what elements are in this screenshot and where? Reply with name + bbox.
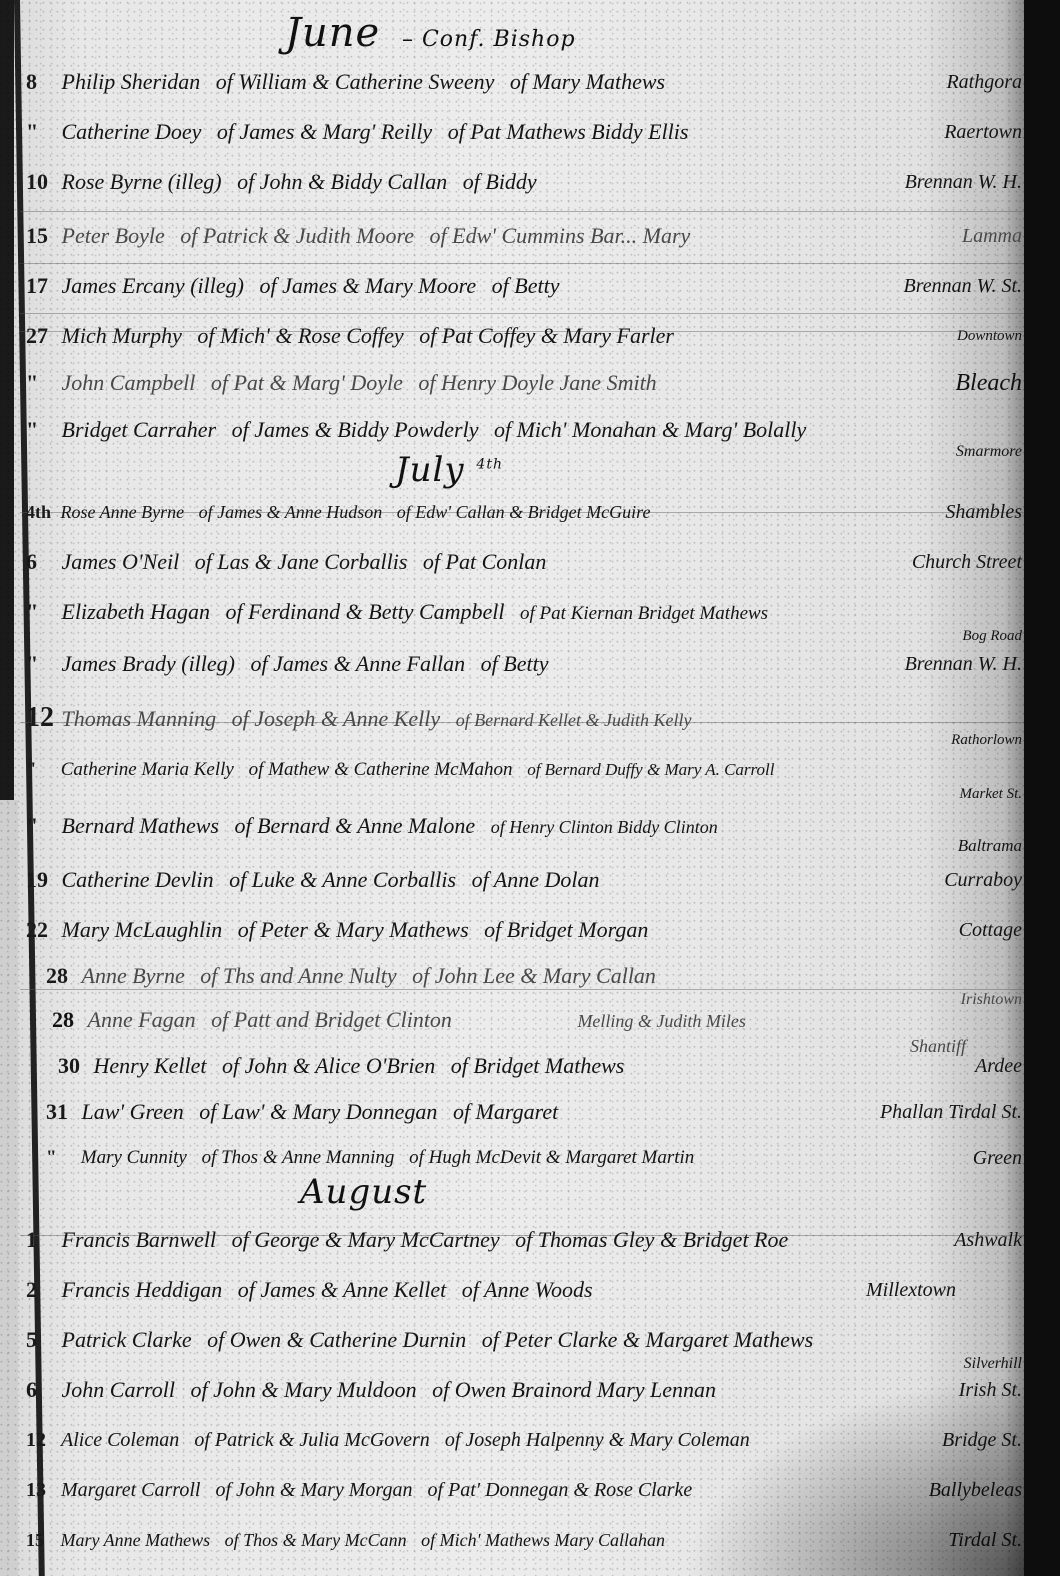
register-entry: 27 Mich Murphy of Mich' & Rose Coffey of… [26, 318, 1024, 354]
entry-place: Ardee [975, 1048, 1022, 1084]
entry-parents: of Peter & Mary Mathews [238, 917, 469, 942]
entry-sponsors: of Henry Clinton Biddy Clinton [491, 817, 718, 837]
entry-sponsors: of Pat Coffey & Mary Farler [419, 323, 674, 348]
entry-parents: of John & Alice O'Brien [222, 1053, 435, 1078]
entry-place: Smarmore [956, 434, 1022, 470]
entry-day: 31 [46, 1094, 72, 1130]
entry-sponsors: of Thomas Gley & Bridget Roe [515, 1227, 788, 1252]
entry-child: Margaret Carroll [61, 1479, 200, 1501]
entry-sponsors: of Mich' Mathews Mary Callahan [421, 1530, 665, 1550]
entry-day: " [46, 1140, 72, 1176]
entry-place: Bridge St. [942, 1422, 1022, 1458]
entry-day: 10 [26, 164, 52, 200]
register-entry: 4th Rose Anne Byrne of James & Anne Huds… [26, 494, 1024, 530]
entry-place: Millextown [866, 1272, 956, 1308]
entry-sponsors: of Bernard Duffy & Mary A. Carroll [527, 760, 774, 779]
entry-place: Ballybeleas [929, 1472, 1022, 1508]
entry-place: Brennan W. H. [905, 646, 1022, 682]
entry-child: Mich Murphy [62, 323, 182, 348]
entry-place: Ashwalk [954, 1222, 1022, 1258]
entry-sponsors: Melling & Judith Miles [577, 1011, 745, 1031]
entry-sponsors: of Betty [492, 273, 560, 298]
entry-parents: of Joseph & Anne Kelly [232, 706, 441, 731]
entry-parents: of Owen & Catherine Durnin [207, 1327, 466, 1352]
entry-child: Francis Heddigan [62, 1277, 223, 1302]
register-entry: " Bernard Mathews of Bernard & Anne Malo… [26, 808, 1024, 844]
entry-parents: of John & Mary Muldoon [190, 1377, 416, 1402]
entry-sponsors: of Henry Doyle Jane Smith [418, 370, 656, 395]
register-entry: 17 James Ercany (illeg) of James & Mary … [26, 268, 1024, 304]
entry-parents: of Patt and Bridget Clinton [211, 1007, 452, 1032]
ruled-line [20, 211, 1024, 212]
entry-day: 6 [26, 544, 52, 580]
entry-child: James Brady (illeg) [62, 651, 236, 676]
entry-place: Raertown [944, 114, 1022, 150]
entry-sponsors: of Edw' Callan & Bridget McGuire [397, 502, 651, 522]
register-entry: 5 Patrick Clarke of Owen & Catherine Dur… [26, 1322, 1024, 1358]
entry-child: Anne Fagan [88, 1007, 196, 1032]
entry-child: Rose Byrne (illeg) [62, 169, 222, 194]
register-entry: 30 Henry Kellet of John & Alice O'Brien … [26, 1048, 1024, 1084]
entry-place: Bleach [955, 365, 1022, 401]
register-entry: " Bridget Carraher of James & Biddy Powd… [26, 412, 1024, 448]
register-entry: " Catherine Doey of James & Marg' Reilly… [26, 114, 1024, 150]
entry-sponsors: of John Lee & Mary Callan [412, 963, 656, 988]
entry-child: James O'Neil [62, 549, 180, 574]
entry-place: Brennan W. St. [903, 268, 1022, 304]
entry-place: Tirdal St. [948, 1522, 1022, 1558]
entry-child: Mary McLaughlin [62, 917, 223, 942]
entry-child: Patrick Clarke [62, 1327, 192, 1352]
entry-place: Shambles [945, 494, 1022, 530]
entry-place: Curraboy [944, 862, 1022, 898]
entry-child: Alice Coleman [61, 1429, 179, 1451]
entry-child: Anne Byrne [82, 963, 185, 988]
entry-place: Phallan Tirdal St. [880, 1094, 1022, 1130]
entry-sponsors: of Anne Woods [462, 1277, 593, 1302]
register-entry: 8 Philip Sheridan of William & Catherine… [26, 64, 1024, 100]
entry-parents: of James & Marg' Reilly [217, 119, 432, 144]
register-entry: 6 James O'Neil of Las & Jane Corballis o… [26, 544, 1024, 580]
entry-parents: of Thos & Mary McCann [225, 1530, 407, 1550]
entry-day: 2 [26, 1272, 52, 1308]
entry-sponsors: of Biddy [463, 169, 537, 194]
entry-sponsors: of Bernard Kellet & Judith Kelly [456, 710, 692, 730]
entry-child: James Ercany (illeg) [62, 273, 244, 298]
entry-child: Catherine Doey [62, 119, 202, 144]
register-entry: 15 Peter Boyle of Patrick & Judith Moore… [26, 218, 1024, 254]
entry-child: John Carroll [62, 1377, 175, 1402]
entry-day: 28 [52, 1002, 78, 1038]
register-entry: 19 Catherine Devlin of Luke & Anne Corba… [26, 862, 1024, 898]
entry-day: 27 [26, 318, 52, 354]
register-entry: 13 Margaret Carroll of John & Mary Morga… [26, 1472, 1024, 1508]
entry-parents: of Patrick & Julia McGovern [194, 1429, 430, 1451]
register-entry: 12 Alice Coleman of Patrick & Julia McGo… [26, 1422, 1024, 1458]
month-heading-june: June – Conf. Bishop [285, 10, 576, 56]
entry-parents: of Mathew & Catherine McMahon [249, 759, 513, 780]
entry-sponsors: of Mary Mathews [510, 69, 665, 94]
entry-parents: of James & Anne Kellet [238, 1277, 447, 1302]
entry-place: Baltrama [958, 828, 1022, 864]
entry-day: 30 [58, 1048, 84, 1084]
entry-day: 19 [26, 862, 52, 898]
entry-sponsors: of Pat Kiernan Bridget Mathews [520, 603, 768, 624]
heading-annotation: Conf. Bishop [422, 27, 576, 52]
entry-sponsors: of Owen Brainord Mary Lennan [432, 1377, 716, 1402]
entry-parents: of James & Biddy Powderly [232, 417, 479, 442]
entry-parents: of Pat & Marg' Doyle [211, 370, 403, 395]
entry-day: " [26, 412, 52, 448]
entry-parents: of William & Catherine Sweeny [216, 69, 495, 94]
register-entry: 28 Anne Byrne of Ths and Anne Nulty of J… [26, 958, 1024, 994]
month-label: June [285, 10, 380, 56]
entry-day: 5 [26, 1322, 52, 1358]
entry-place: Lamma [962, 218, 1022, 254]
entry-place: Church Street [912, 544, 1022, 580]
entry-day: 12 [26, 1422, 52, 1458]
entry-day: " [26, 365, 52, 401]
entry-child: Bridget Carraher [62, 417, 217, 442]
entry-sponsors: of Mich' Monahan & Marg' Bolally [494, 417, 806, 442]
entry-day: " [26, 594, 52, 630]
entry-place: Green [973, 1140, 1022, 1176]
register-entry: " John Campbell of Pat & Marg' Doyle of … [26, 365, 1024, 401]
entry-sponsors: of Pat' Donnegan & Rose Clarke [427, 1479, 692, 1501]
entry-parents: of Bernard & Anne Malone [234, 813, 475, 838]
entry-day: 28 [46, 958, 72, 994]
entry-parents: of Patrick & Judith Moore [180, 223, 414, 248]
entry-day: 22 [26, 912, 52, 948]
entry-place: Cottage [959, 912, 1022, 948]
entry-child: Bernard Mathews [62, 813, 219, 838]
entry-child: Philip Sheridan [62, 69, 201, 94]
entry-child: Elizabeth Hagan [62, 599, 211, 624]
entry-child: Catherine Maria Kelly [61, 759, 234, 780]
entry-day: 15 [26, 1522, 52, 1558]
register-entry: 10 Rose Byrne (illeg) of John & Biddy Ca… [26, 164, 1024, 200]
entry-sponsors: of Bridget Morgan [484, 917, 648, 942]
entry-parents: of Luke & Anne Corballis [229, 867, 456, 892]
month-label: August [300, 1172, 427, 1212]
entry-sponsors: of Anne Dolan [472, 867, 600, 892]
entry-day: 6 [26, 1372, 52, 1408]
entry-parents: of James & Mary Moore [259, 273, 476, 298]
entry-sponsors: of Hugh McDevit & Margaret Martin [409, 1147, 694, 1168]
entry-sponsors: of Betty [481, 651, 549, 676]
ruled-line [20, 263, 1024, 264]
entry-child: Peter Boyle [62, 223, 165, 248]
entry-child: Francis Barnwell [62, 1227, 217, 1252]
register-entry: " James Brady (illeg) of James & Anne Fa… [26, 646, 1024, 682]
entry-child: Law' Green [82, 1099, 184, 1124]
entry-sponsors: of Margaret [453, 1099, 558, 1124]
entry-day: " [26, 752, 52, 788]
entry-child: John Campbell [62, 370, 196, 395]
heading-annotation: 4th [476, 457, 503, 473]
entry-place: Irish St. [959, 1372, 1022, 1408]
entry-day: 8 [26, 64, 52, 100]
adjacent-page-fragment [0, 800, 18, 1576]
register-entry: " Mary Cunnity of Thos & Anne Manning of… [26, 1140, 1024, 1176]
entry-sponsors: of Joseph Halpenny & Mary Coleman [445, 1429, 750, 1451]
entry-place: Rathgora [946, 64, 1022, 100]
register-entry: 1 Francis Barnwell of George & Mary McCa… [26, 1222, 1024, 1258]
entry-child: Henry Kellet [94, 1053, 207, 1078]
register-entry: 6 John Carroll of John & Mary Muldoon of… [26, 1372, 1024, 1408]
register-entry: 31 Law' Green of Law' & Mary Donnegan of… [26, 1094, 1024, 1130]
entry-sponsors: of Pat Mathews Biddy Ellis [448, 119, 689, 144]
entry-place: Downtown [957, 318, 1022, 354]
entry-day: 1 [26, 1222, 52, 1258]
entry-sponsors: of Bridget Mathews [451, 1053, 625, 1078]
entry-parents: of John & Mary Morgan [215, 1479, 412, 1501]
entry-day: 12 [26, 700, 52, 736]
entry-parents: of Thos & Anne Manning [202, 1147, 395, 1168]
month-label: July [395, 450, 465, 490]
entry-parents: of George & Mary McCartney [232, 1227, 500, 1252]
entry-child: Thomas Manning [62, 706, 217, 731]
entry-parents: of James & Anne Fallan [251, 651, 466, 676]
entry-parents: of John & Biddy Callan [237, 169, 447, 194]
entry-child: Mary Anne Mathews [61, 1530, 211, 1550]
entry-child: Mary Cunnity [81, 1147, 187, 1168]
month-heading-august: August [300, 1172, 427, 1212]
entry-sponsors: of Peter Clarke & Margaret Mathews [482, 1327, 813, 1352]
register-entry: 22 Mary McLaughlin of Peter & Mary Mathe… [26, 912, 1024, 948]
entry-parents: of Mich' & Rose Coffey [197, 323, 403, 348]
register-entry: 2 Francis Heddigan of James & Anne Kelle… [26, 1272, 1024, 1308]
entry-sponsors: of Edw' Cummins Bar... Mary [430, 223, 691, 248]
month-heading-july: July 4th [395, 450, 503, 490]
register-entry: 15 Mary Anne Mathews of Thos & Mary McCa… [26, 1522, 1024, 1558]
entry-child: Catherine Devlin [62, 867, 214, 892]
entry-day: " [26, 114, 52, 150]
ruled-line [20, 313, 1024, 314]
entry-parents: of Ths and Anne Nulty [200, 963, 396, 988]
entry-parents: of Las & Jane Corballis [195, 549, 408, 574]
register-entry: 12 Thomas Manning of Joseph & Anne Kelly… [26, 700, 1024, 736]
entry-place: Brennan W. H. [905, 164, 1022, 200]
entry-parents: of James & Anne Hudson [199, 502, 383, 522]
register-entry: " Elizabeth Hagan of Ferdinand & Betty C… [26, 594, 1024, 630]
register-page: June – Conf. Bishop 8 Philip Sheridan of… [0, 0, 1024, 1576]
entry-day: 13 [26, 1472, 52, 1508]
entry-day: 4th [26, 494, 52, 530]
entry-child: Rose Anne Byrne [61, 502, 185, 522]
entry-place: Market St. [960, 776, 1022, 812]
entry-sponsors: of Pat Conlan [423, 549, 546, 574]
entry-day: " [26, 646, 52, 682]
register-entry: " Catherine Maria Kelly of Mathew & Cath… [26, 752, 1024, 788]
entry-parents: of Ferdinand & Betty Campbell [226, 599, 505, 624]
entry-day: " [26, 808, 52, 844]
entry-day: 15 [26, 218, 52, 254]
register-entry: 28 Anne Fagan of Patt and Bridget Clinto… [26, 1002, 1024, 1038]
entry-day: 17 [26, 268, 52, 304]
entry-parents: of Law' & Mary Donnegan [199, 1099, 437, 1124]
